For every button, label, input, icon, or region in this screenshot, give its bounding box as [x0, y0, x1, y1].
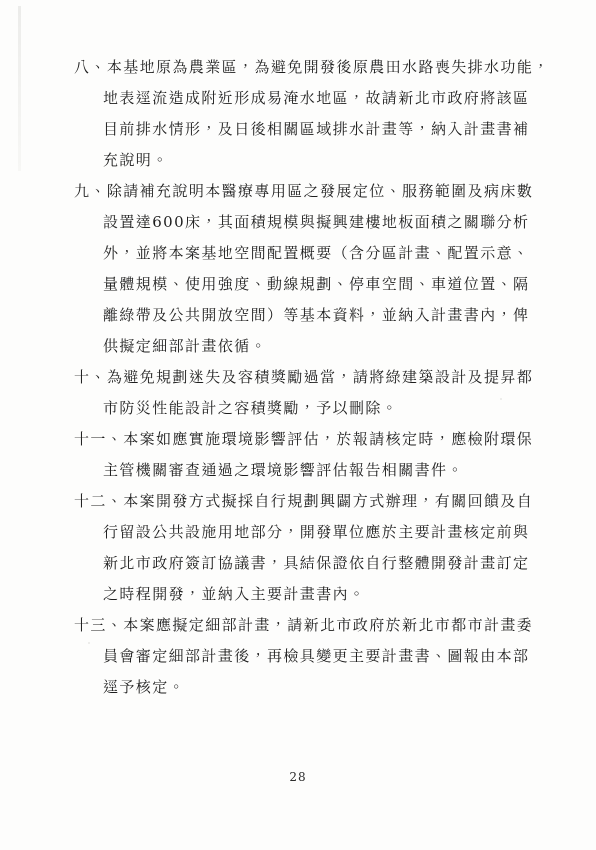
page-number: 28: [0, 770, 596, 784]
list-item-13: 十三、本案應擬定細部計畫，請新北市政府於新北市都市計畫委 員會審定細部計畫後，再…: [74, 610, 544, 703]
document-body: 八、本基地原為農業區，為避免開發後原農田水路喪失排水功能， 地表逕流造成附近形成…: [74, 52, 544, 703]
text-line: 目前排水情形，及日後相關區域排水計畫等，納入計畫書補: [103, 114, 544, 145]
line-text: 本基地原為農業區，為避免開發後原農田水路喪失排水功能，: [107, 58, 550, 76]
text-line: 設置達600床，其面積規模與擬興建樓地板面積之關聯分析: [103, 207, 544, 238]
line-text: 本案如應實施環境影響評估，於報請核定時，應檢附環保: [123, 430, 533, 448]
item-number: 九、: [74, 176, 107, 207]
text-line: 供擬定細部計畫依循。: [103, 331, 544, 362]
line-text: 除請補充說明本醫療專用區之發展定位、服務範圍及病床數: [107, 182, 533, 200]
scan-edge-artifact: [18, 6, 21, 171]
text-line: 十二、本案開發方式擬採自行規劃興闢方式辦理，有關回饋及自: [74, 486, 544, 517]
text-line: 外，並將本案基地空間配置概要（含分區計畫、配置示意、: [103, 238, 544, 269]
text-line: 之時程開發，並納入主要計畫書內。: [103, 579, 544, 610]
text-line: 離綠帶及公共開放空間）等基本資料，並納入計畫書內，俾: [103, 300, 544, 331]
line-text: 本案開發方式擬採自行規劃興闢方式辦理，有關回饋及自: [123, 492, 533, 510]
list-item-12: 十二、本案開發方式擬採自行規劃興闢方式辦理，有關回饋及自 行留設公共設施用地部分…: [74, 486, 544, 610]
text-line: 逕予核定。: [103, 672, 544, 703]
item-number: 八、: [74, 52, 107, 83]
list-item-10: 十、為避免規劃迷失及容積獎勵過當，請將綠建築設計及提昇都 市防災性能設計之容積獎…: [74, 362, 544, 424]
line-text: 本案應擬定細部計畫，請新北市政府於新北市都市計畫委: [123, 616, 533, 634]
text-line: 地表逕流造成附近形成易淹水地區，故請新北市政府將該區: [103, 83, 544, 114]
text-line: 量體規模、使用強度、動線規劃、停車空間、車道位置、隔: [103, 269, 544, 300]
text-line: 員會審定細部計畫後，再檢具變更主要計畫書、圖報由本部: [103, 641, 544, 672]
line-text: 為避免規劃迷失及容積獎勵過當，請將綠建築設計及提昇都: [107, 368, 533, 386]
item-number: 十二、: [74, 486, 123, 517]
item-number: 十一、: [74, 424, 123, 455]
text-line: 市防災性能設計之容積獎勵，予以刪除。: [103, 393, 544, 424]
text-line: 主管機關審查通過之環境影響評估報告相關書件。: [103, 455, 544, 486]
list-item-8: 八、本基地原為農業區，為避免開發後原農田水路喪失排水功能， 地表逕流造成附近形成…: [74, 52, 544, 176]
text-line: 充說明。: [103, 145, 544, 176]
item-number: 十三、: [74, 610, 123, 641]
text-line: 十三、本案應擬定細部計畫，請新北市政府於新北市都市計畫委: [74, 610, 544, 641]
item-number: 十、: [74, 362, 107, 393]
list-item-11: 十一、本案如應實施環境影響評估，於報請核定時，應檢附環保 主管機關審查通過之環境…: [74, 424, 544, 486]
text-line: 八、本基地原為農業區，為避免開發後原農田水路喪失排水功能，: [74, 52, 544, 83]
text-line: 十一、本案如應實施環境影響評估，於報請核定時，應檢附環保: [74, 424, 544, 455]
text-line: 十、為避免規劃迷失及容積獎勵過當，請將綠建築設計及提昇都: [74, 362, 544, 393]
text-line: 新北市政府簽訂協議書，具結保證依自行整體開發計畫訂定: [103, 548, 544, 579]
scanned-document-page: 八、本基地原為農業區，為避免開發後原農田水路喪失排水功能， 地表逕流造成附近形成…: [0, 0, 596, 850]
list-item-9: 九、除請補充說明本醫療專用區之發展定位、服務範圍及病床數 設置達600床，其面積…: [74, 176, 544, 362]
text-line: 行留設公共設施用地部分，開發單位應於主要計畫核定前與: [103, 517, 544, 548]
text-line: 九、除請補充說明本醫療專用區之發展定位、服務範圍及病床數: [74, 176, 544, 207]
